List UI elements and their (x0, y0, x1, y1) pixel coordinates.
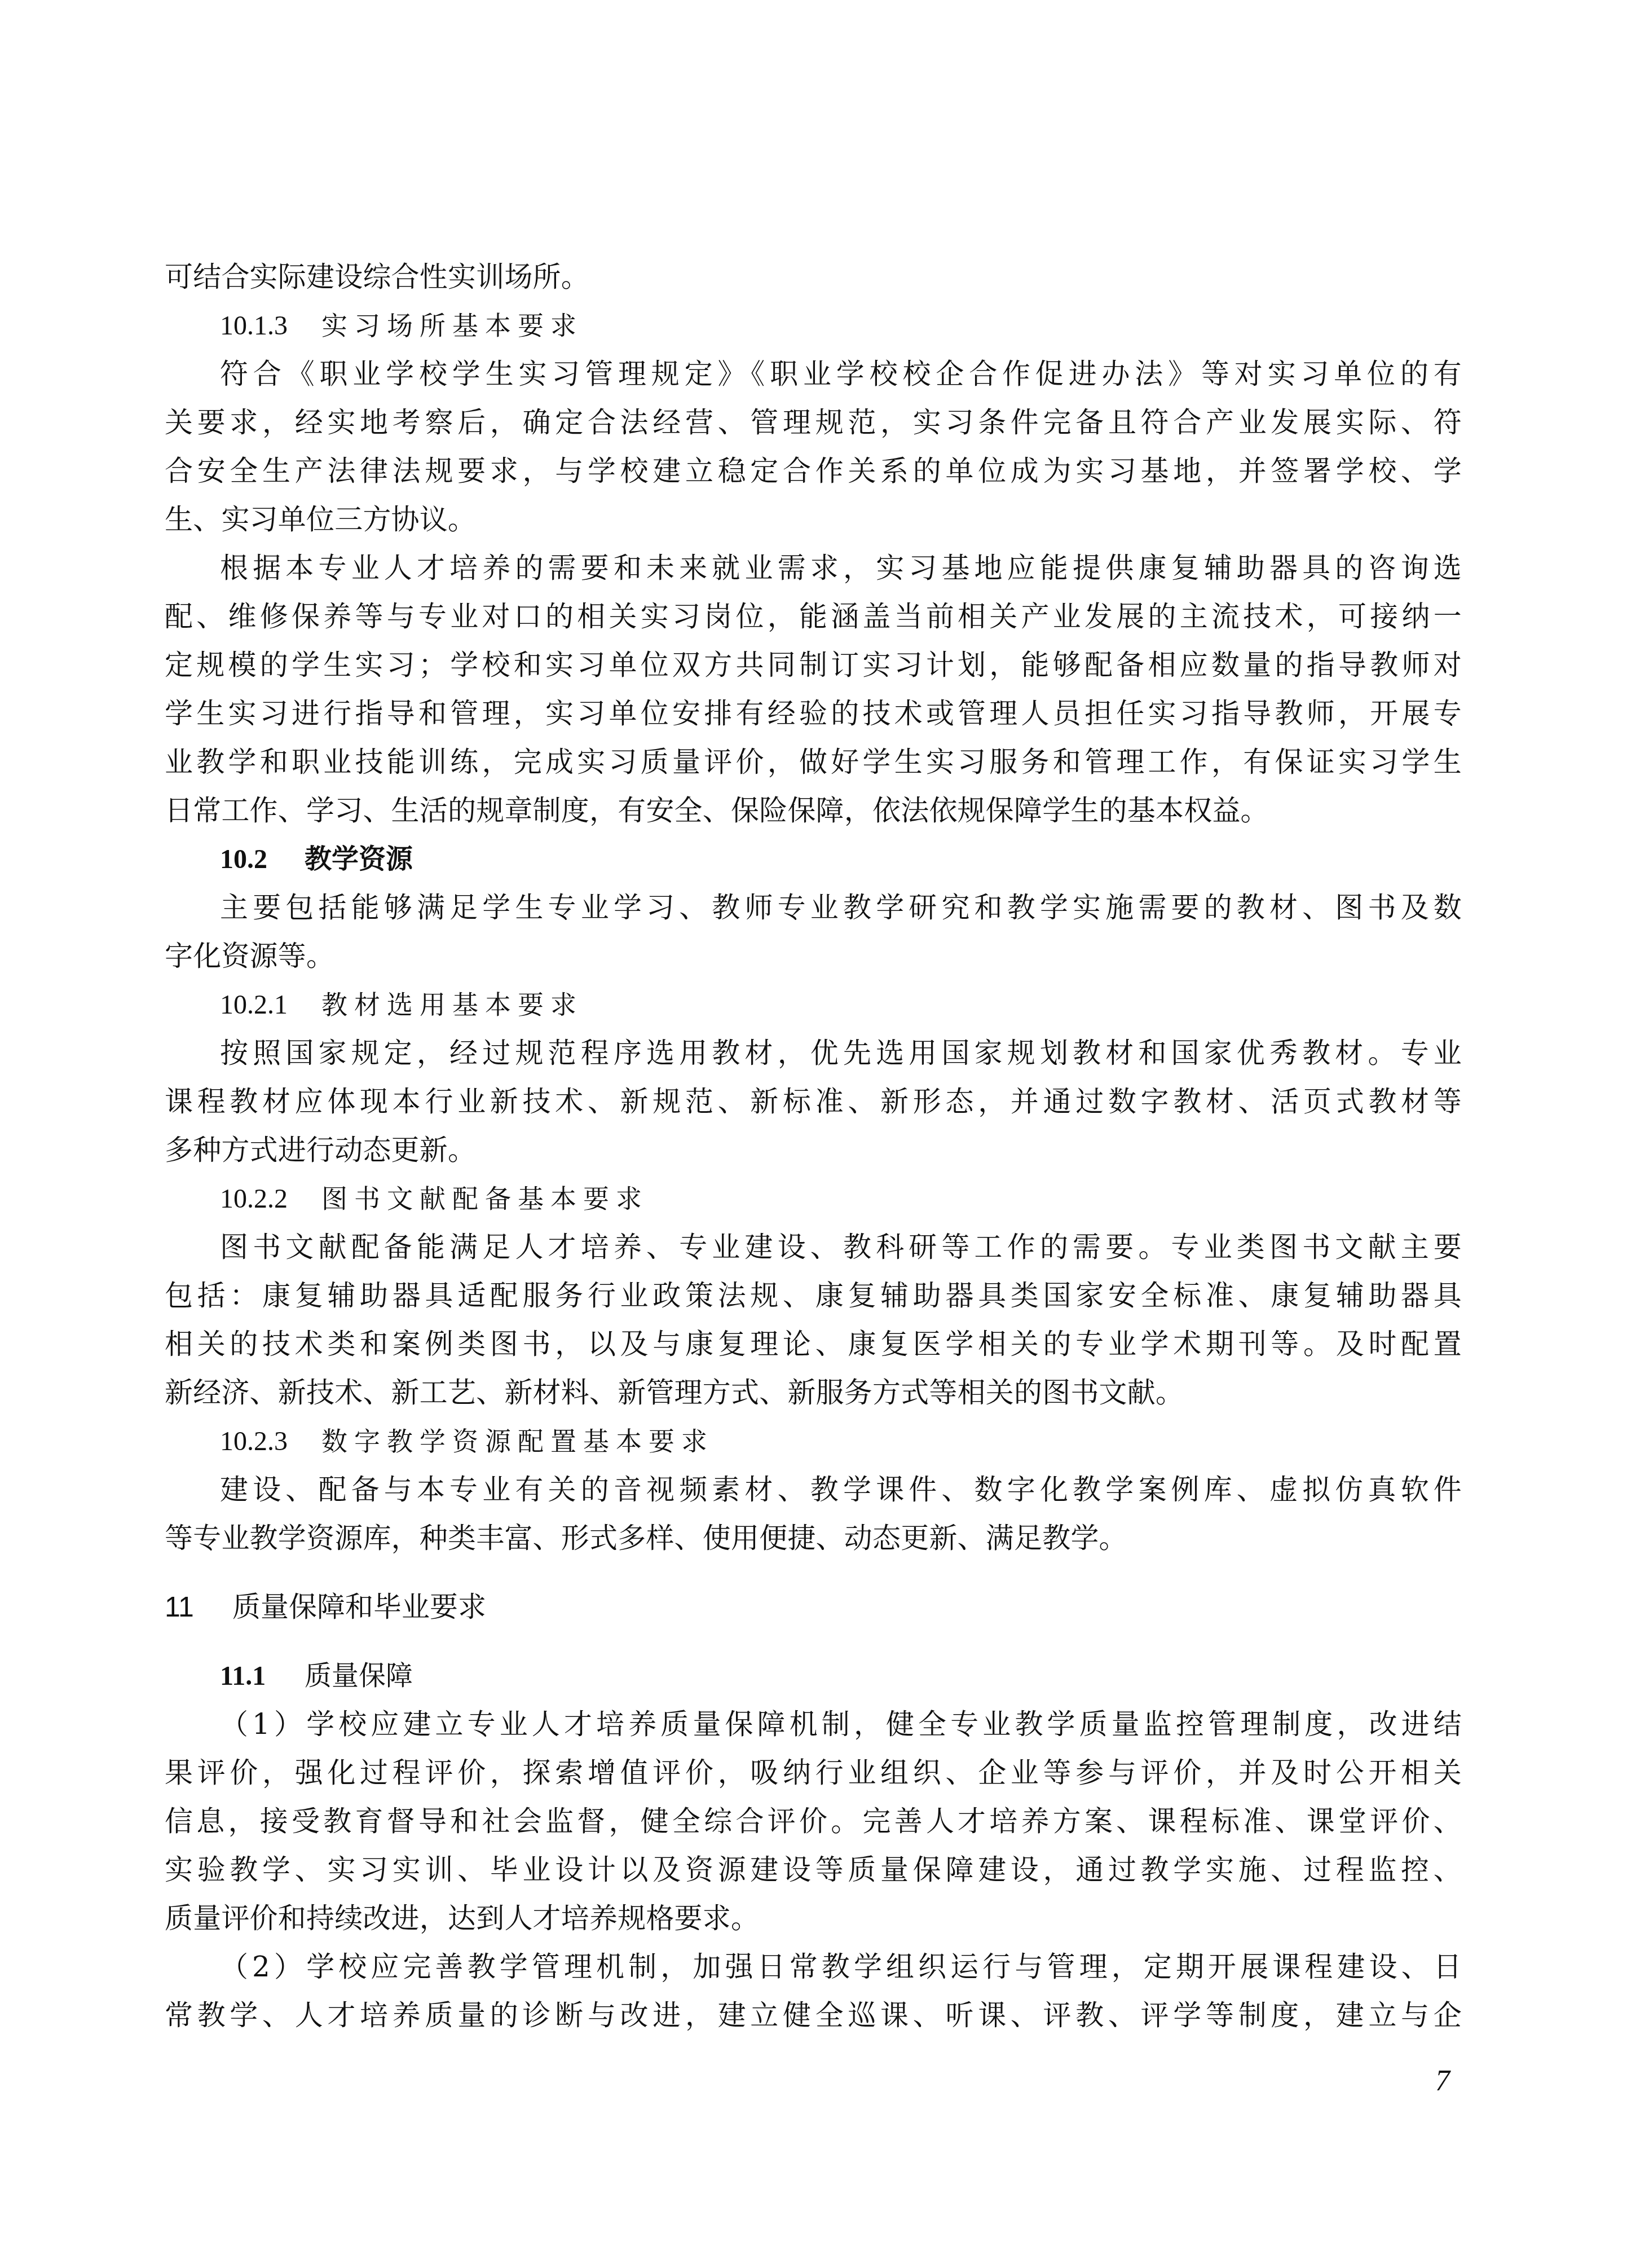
paragraph-line: 日常工作、学习、生活的规章制度，有安全、保险保障，依法依规保障学生的基本权益。 (165, 786, 1462, 835)
paragraph-line: 根据本专业人才培养的需要和未来就业需求，实习基地应能提供康复辅助器具的咨询选 (165, 544, 1462, 592)
chapter-heading-11: 11质量保障和毕业要求 (165, 1583, 1462, 1631)
paragraph-line: 字化资源等。 (165, 932, 1462, 980)
paragraph-line: 业教学和职业技能训练，完成实习质量评价，做好学生实习服务和管理工作，有保证实习学… (165, 738, 1462, 786)
heading-number: 10.1.3 (220, 302, 321, 350)
paragraph-line: 多种方式进行动态更新。 (165, 1126, 1462, 1174)
heading-title: 教材选用基本要求 (321, 989, 583, 1020)
heading-number: 10.2.3 (220, 1417, 321, 1466)
paragraph-quality-item-2: （2）学校应完善教学管理机制，加强日常教学组织运行与管理，定期开展课程建设、日 … (165, 1943, 1462, 2040)
heading-title: 数字教学资源配置基本要求 (321, 1426, 714, 1456)
paragraph-line: 课程教材应体现本行业新技术、新规范、新标准、新形态，并通过数字教材、活页式教材等 (165, 1077, 1462, 1126)
paragraph-quality-item-1: （1）学校应建立专业人才培养质量保障机制，健全专业教学质量监控管理制度，改进结 … (165, 1700, 1462, 1943)
heading-title: 质量保障和毕业要求 (232, 1591, 486, 1623)
paragraph-line: 等专业教学资源库，种类丰富、形式多样、使用便捷、动态更新、满足教学。 (165, 1514, 1462, 1562)
heading-number: 10.2 (220, 835, 305, 884)
heading-title: 图书文献配备基本要求 (321, 1183, 649, 1214)
heading-number: 11.1 (220, 1652, 305, 1701)
heading-number: 10.2.2 (220, 1175, 321, 1223)
paragraph-line: 信息，接受教育督导和社会监督，健全综合评价。完善人才培养方案、课程标准、课堂评价… (165, 1797, 1462, 1846)
paragraph-line: 新经济、新技术、新工艺、新材料、新管理方式、新服务方式等相关的图书文献。 (165, 1368, 1462, 1417)
section-heading-11-1: 11.1质量保障 (165, 1652, 1462, 1700)
paragraph-line: 学生实习进行指导和管理，实习单位安排有经验的技术或管理人员担任实习指导教师，开展… (165, 689, 1462, 738)
heading-title: 实习场所基本要求 (321, 310, 583, 341)
paragraph-line: 图书文献配备能满足人才培养、专业建设、教科研等工作的需要。专业类图书文献主要 (165, 1223, 1462, 1271)
paragraph-library-resources: 图书文献配备能满足人才培养、专业建设、教科研等工作的需要。专业类图书文献主要 包… (165, 1223, 1462, 1417)
paragraph-line: 建设、配备与本专业有关的音视频素材、教学课件、数字化教学案例库、虚拟仿真软件 (165, 1465, 1462, 1514)
heading-number: 10.2.1 (220, 981, 321, 1029)
paragraph-line: 质量评价和持续改进，达到人才培养规格要求。 (165, 1894, 1462, 1943)
paragraph-line: 实验教学、实习实训、毕业设计以及资源建设等质量保障建设，通过教学实施、过程监控、 (165, 1846, 1462, 1894)
paragraph-line: 果评价，强化过程评价，探索增值评价，吸纳行业组织、企业等参与评价，并及时公开相关 (165, 1749, 1462, 1797)
paragraph-line: 包括：康复辅助器具适配服务行业政策法规、康复辅助器具类国家安全标准、康复辅助器具 (165, 1271, 1462, 1320)
subsection-heading-10-2-1: 10.2.1教材选用基本要求 (165, 980, 1462, 1029)
paragraph-line: 相关的技术类和案例类图书，以及与康复理论、康复医学相关的专业学术期刊等。及时配置 (165, 1320, 1462, 1368)
paragraph-line: 配、维修保养等与专业对口的相关实习岗位，能涵盖当前相关产业发展的主流技术，可接纳… (165, 592, 1462, 641)
paragraph-internship-requirements: 符合《职业学校学生实习管理规定》《职业学校校企合作促进办法》等对实习单位的有 关… (165, 350, 1462, 544)
document-page: 可结合实际建设综合性实训场所。 10.1.3实习场所基本要求 符合《职业学校学生… (165, 253, 1462, 2040)
paragraph-line: 按照国家规定，经过规范程序选用教材，优先选用国家规划教材和国家优秀教材。专业 (165, 1029, 1462, 1077)
paragraph-textbook-selection: 按照国家规定，经过规范程序选用教材，优先选用国家规划教材和国家优秀教材。专业 课… (165, 1029, 1462, 1174)
paragraph-line: 常教学、人才培养质量的诊断与改进，建立健全巡课、听课、评教、评学等制度，建立与企 (165, 1991, 1462, 2040)
paragraph-line: （1）学校应建立专业人才培养质量保障机制，健全专业教学质量监控管理制度，改进结 (165, 1700, 1462, 1749)
heading-title: 教学资源 (305, 843, 413, 875)
page-number: 7 (1435, 2064, 1450, 2098)
subsection-heading-10-2-2: 10.2.2图书文献配备基本要求 (165, 1174, 1462, 1223)
paragraph-line: 符合《职业学校学生实习管理规定》《职业学校校企合作促进办法》等对实习单位的有 (165, 350, 1462, 398)
subsection-heading-10-1-3: 10.1.3实习场所基本要求 (165, 301, 1462, 350)
paragraph-line: 生、实习单位三方协议。 (165, 495, 1462, 544)
paragraph-line: 合安全生产法律法规要求，与学校建立稳定合作关系的单位成为实习基地，并签署学校、学 (165, 447, 1462, 495)
paragraph-line: 定规模的学生实习；学校和实习单位双方共同制订实习计划，能够配备相应数量的指导教师… (165, 641, 1462, 689)
paragraph-line: （2）学校应完善教学管理机制，加强日常教学组织运行与管理，定期开展课程建设、日 (165, 1943, 1462, 1991)
paragraph-digital-resources: 建设、配备与本专业有关的音视频素材、教学课件、数字化教学案例库、虚拟仿真软件 等… (165, 1465, 1462, 1562)
paragraph-teaching-resources: 主要包括能够满足学生专业学习、教师专业教学研究和教学实施需要的教材、图书及数 字… (165, 883, 1462, 980)
paragraph-line: 主要包括能够满足学生专业学习、教师专业教学研究和教学实施需要的教材、图书及数 (165, 883, 1462, 932)
paragraph-line: 可结合实际建设综合性实训场所。 (165, 253, 1462, 301)
heading-number: 11 (165, 1583, 232, 1631)
heading-title: 质量保障 (305, 1660, 413, 1692)
section-heading-10-2: 10.2教学资源 (165, 835, 1462, 883)
subsection-heading-10-2-3: 10.2.3数字教学资源配置基本要求 (165, 1417, 1462, 1465)
paragraph-internship-base: 根据本专业人才培养的需要和未来就业需求，实习基地应能提供康复辅助器具的咨询选 配… (165, 544, 1462, 835)
paragraph-line: 关要求，经实地考察后，确定合法经营、管理规范，实习条件完备且符合产业发展实际、符 (165, 398, 1462, 447)
